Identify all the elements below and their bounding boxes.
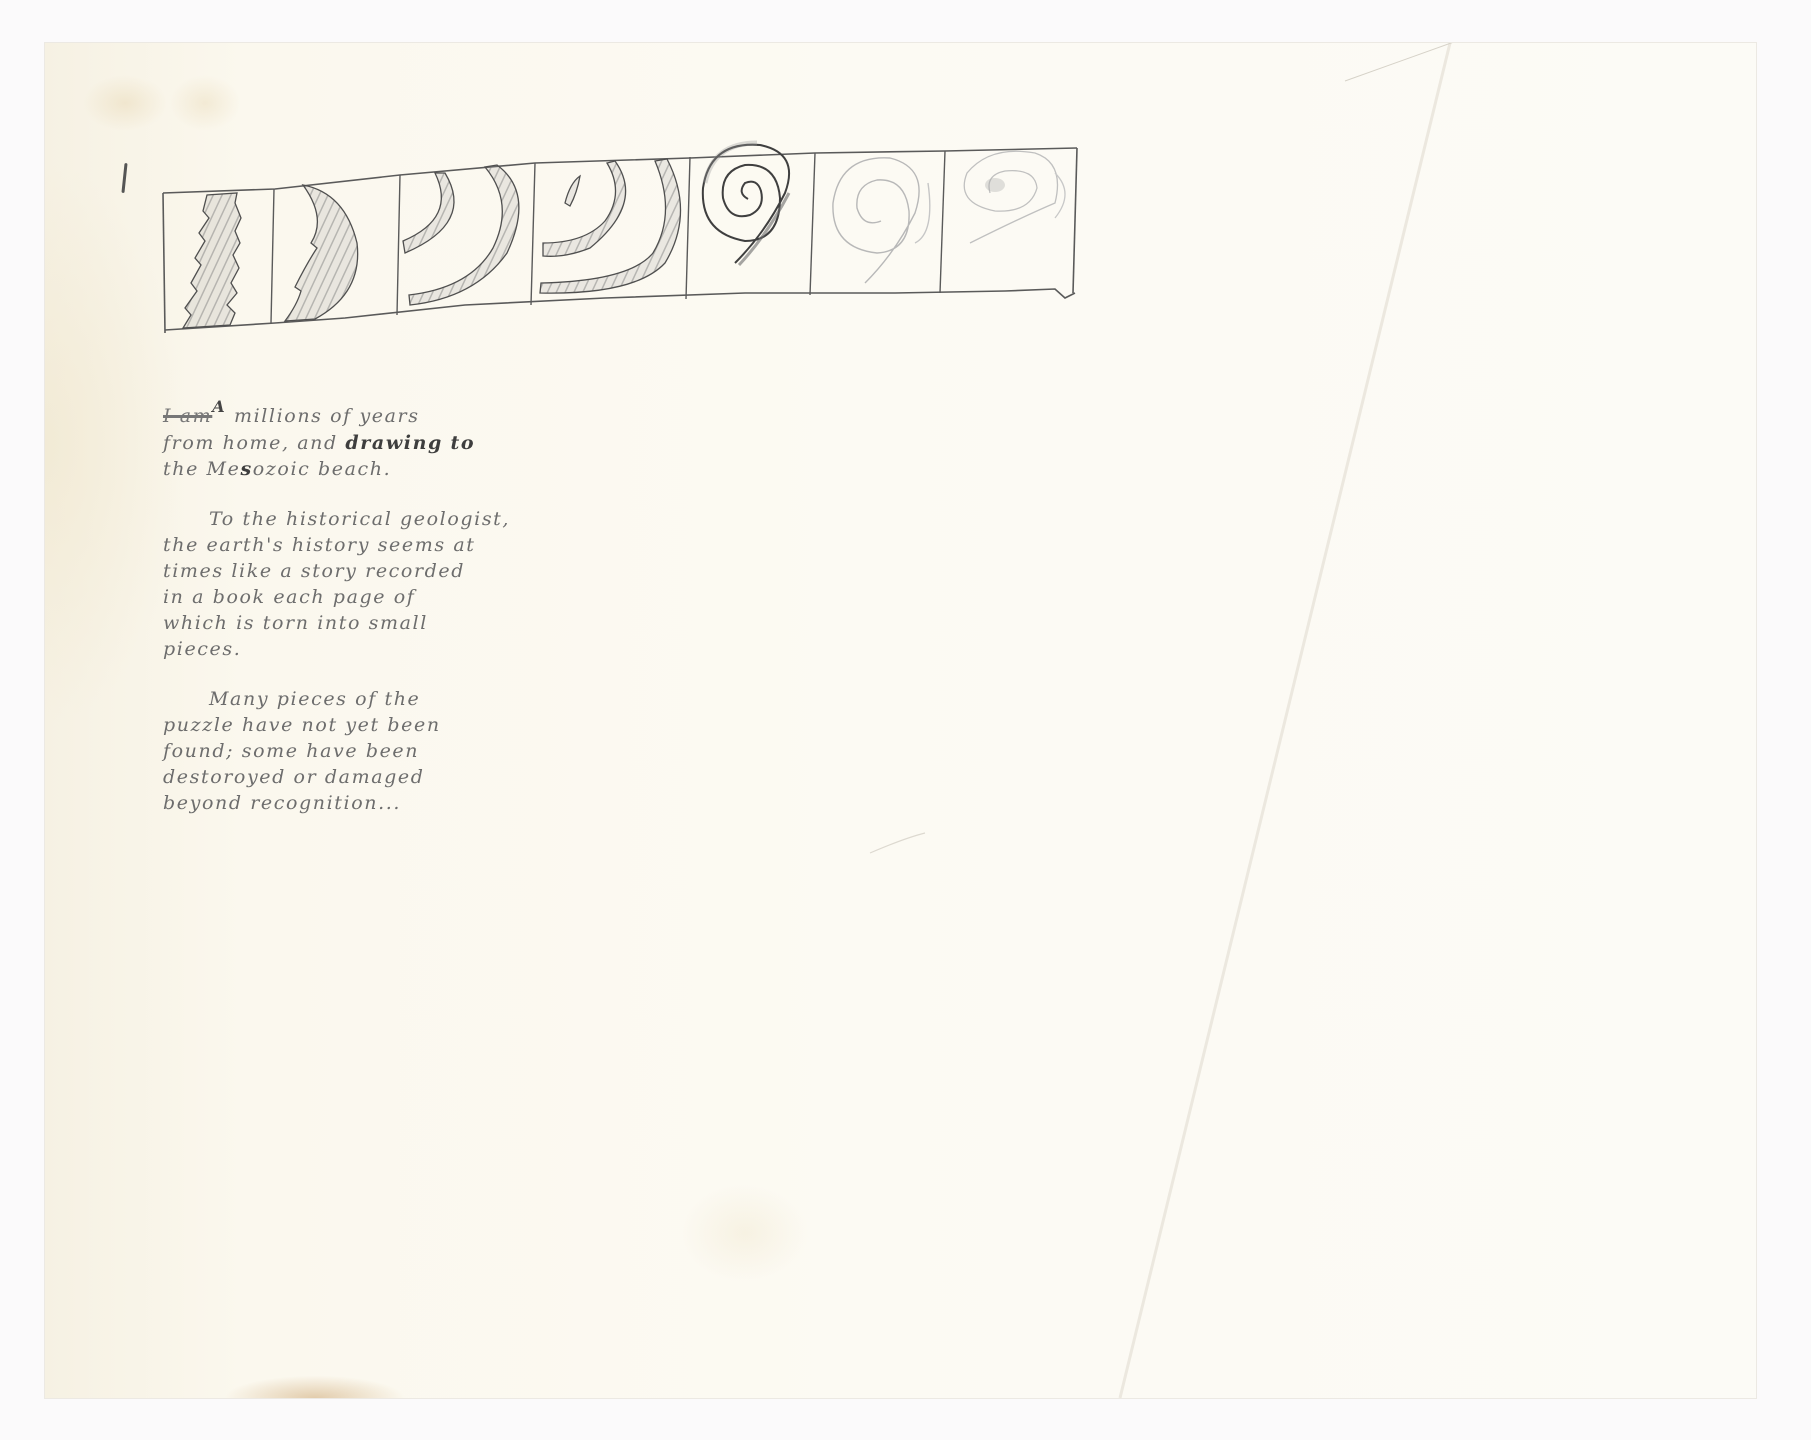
note-text: To the historical geologist, <box>209 508 510 530</box>
note-line: beyond recognition... <box>163 790 543 816</box>
note-line: I amA millions of years <box>163 403 543 430</box>
note-paragraph-1: I amA millions of years from home, and d… <box>163 403 543 482</box>
note-text: Many pieces of the <box>209 688 420 710</box>
panel-2-band <box>285 185 358 321</box>
note-line: the earth's history seems at <box>163 532 543 558</box>
panel-5-spiral <box>703 143 789 265</box>
handwritten-note: I amA millions of years from home, and d… <box>163 403 543 840</box>
overwritten-word: drawing <box>345 432 442 454</box>
note-text: to <box>451 432 476 454</box>
paper-sheet: I amA millions of years from home, and d… <box>45 43 1756 1398</box>
note-line: times like a story recorded <box>163 558 543 584</box>
note-paragraph-2: To the historical geologist, the earth's… <box>163 506 543 662</box>
panel-6-spiral <box>833 158 930 283</box>
note-paragraph-3: Many pieces of the puzzle have not yet b… <box>163 686 543 816</box>
note-text: ozoic beach. <box>253 458 392 480</box>
note-line: which is torn into small <box>163 610 543 636</box>
panel-7-spiral <box>964 151 1065 243</box>
note-line: destoroyed or damaged <box>163 764 543 790</box>
note-text: millions of years <box>234 405 420 427</box>
panel-4-arcs <box>540 159 681 293</box>
note-line: Many pieces of the <box>163 686 543 712</box>
note-line: in a book each page of <box>163 584 543 610</box>
struck-out-text: I am <box>163 405 212 427</box>
inserted-text: A <box>212 397 226 416</box>
scan-background: I amA millions of years from home, and d… <box>0 0 1811 1440</box>
note-text: the Me <box>163 458 240 480</box>
note-line: pieces. <box>163 636 543 662</box>
note-line: the Mesozoic beach. <box>163 456 543 482</box>
panel-3-arcs <box>403 165 519 305</box>
note-line: puzzle have not yet been <box>163 712 543 738</box>
panel-1-band <box>183 193 241 328</box>
overwritten-letter: s <box>240 458 252 480</box>
note-line: from home, and drawing to <box>163 430 543 456</box>
note-text: from home, and <box>163 432 338 454</box>
note-line: found; some have been <box>163 738 543 764</box>
note-line: To the historical geologist, <box>163 506 543 532</box>
